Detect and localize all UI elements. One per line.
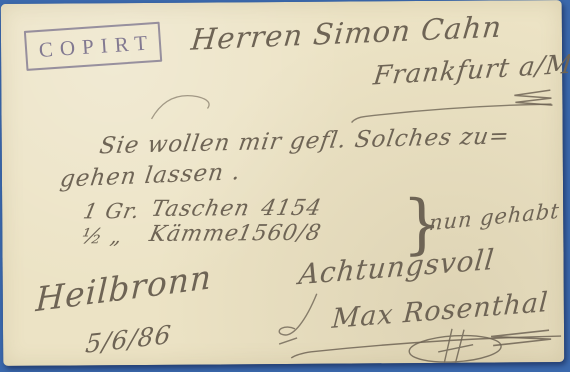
copirt-stamp: COPIRT: [24, 22, 162, 71]
paraph-ellipse: [408, 328, 501, 364]
place: Heilbronn: [35, 257, 213, 319]
closing-salutation: Achtungsvoll: [297, 243, 496, 291]
order-qty: ½ „: [79, 224, 125, 248]
signature-paraph: [279, 294, 317, 344]
order-article: Kämme: [147, 221, 241, 247]
signature: Max Rosenthal: [331, 287, 550, 335]
order-row: 1 Gr. Taschen 4154: [1, 0, 562, 4]
order-number: 1560/8: [235, 221, 324, 247]
recipient-city: Frankfurt a/M.: [372, 49, 570, 92]
signature-underline: [291, 336, 561, 358]
s-flourish: [151, 95, 209, 118]
copirt-stamp-label: COPIRT: [31, 30, 155, 63]
order-number: 4154: [259, 196, 324, 221]
order-row: ½ „ Kämme 1560/8: [1, 0, 562, 4]
date: 5/6/86: [84, 320, 173, 359]
body-line-1: Sie wollen mir gefl. Solches zu=: [98, 123, 512, 159]
body-line-2: gehen lassen .: [58, 159, 242, 193]
recipient-name: Herren Simon Cahn: [190, 10, 504, 57]
postcard-photo: COPIRT Herren Simon Cahn Frankfurt a/M. …: [0, 0, 570, 372]
order-qty: 1 Gr.: [81, 199, 142, 223]
order-article: Taschen: [149, 196, 252, 222]
underline-flourish: [351, 104, 551, 122]
order-note: nun gehabt: [428, 199, 560, 236]
triple-line-flourish: [491, 330, 551, 345]
postcard: COPIRT Herren Simon Cahn Frankfurt a/M. …: [1, 0, 565, 366]
triple-line-flourish: [514, 90, 552, 105]
